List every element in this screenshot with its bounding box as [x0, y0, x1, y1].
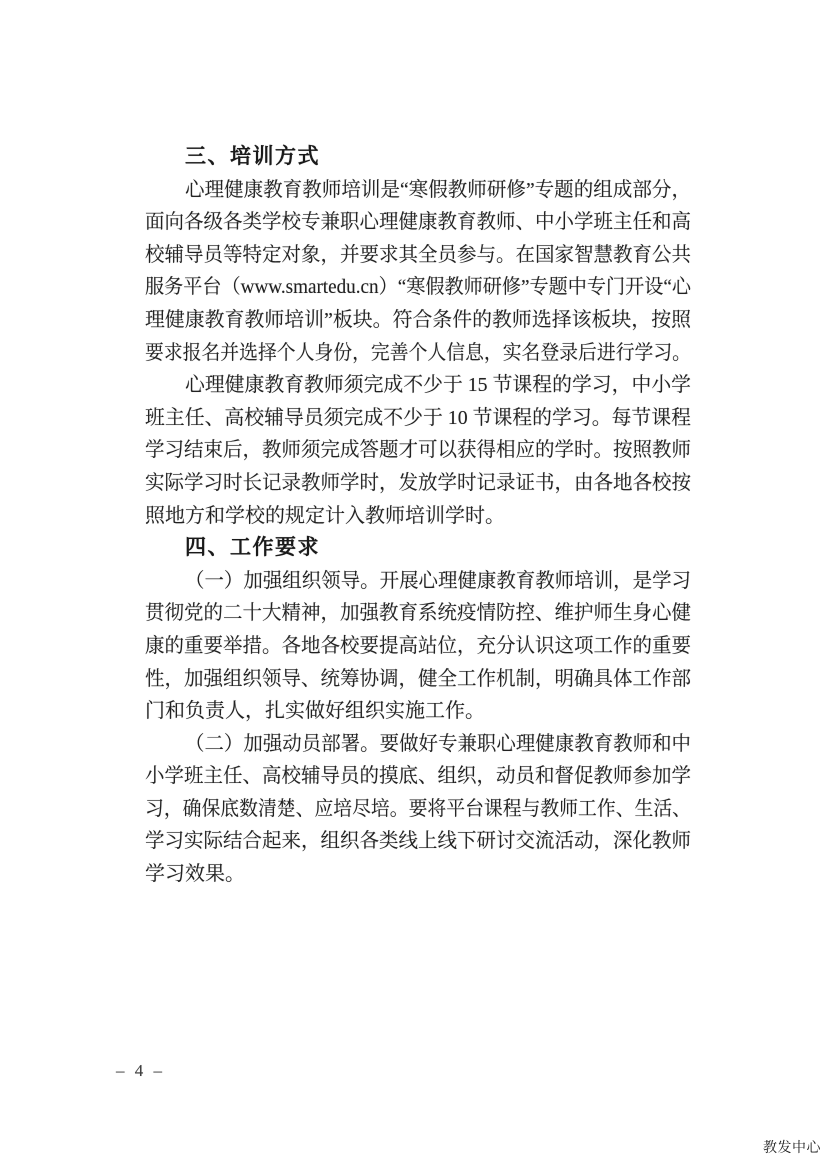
text-line: 学习实际结合起来，组织各类线上线下研讨交流活动，深化教师	[145, 825, 691, 858]
paragraph: （一）加强组织领导。开展心理健康教育教师培训，是学习贯彻党的二十大精神，加强教育…	[145, 565, 691, 728]
text-line: 校辅导员等特定对象，并要求其全员参与。在国家智慧教育公共	[145, 239, 691, 272]
paragraph: （二）加强动员部署。要做好专兼职心理健康教育教师和中小学班主任、高校辅导员的摸底…	[145, 728, 691, 891]
text-line: （一）加强组织领导。开展心理健康教育教师培训，是学习	[145, 565, 691, 598]
document-body: 三、培训方式心理健康教育教师培训是“寒假教师研修”专题的组成部分，面向各级各类学…	[145, 141, 691, 891]
section-heading: 三、培训方式	[145, 141, 691, 174]
text-line: （二）加强动员部署。要做好专兼职心理健康教育教师和中	[145, 728, 691, 761]
paragraph: 心理健康教育教师须完成不少于 15 节课程的学习，中小学班主任、高校辅导员须完成…	[145, 369, 691, 532]
distribution-stamp: 教发中心	[763, 1137, 821, 1157]
text-line: 贯彻党的二十大精神，加强教育系统疫情防控、维护师生身心健	[145, 597, 691, 630]
text-line: 小学班主任、高校辅导员的摸底、组织，动员和督促教师参加学	[145, 760, 691, 793]
text-line: 面向各级各类学校专兼职心理健康教育教师、中小学班主任和高	[145, 206, 691, 239]
section-heading: 四、工作要求	[145, 532, 691, 565]
text-line: 要求报名并选择个人身份，完善个人信息，实名登录后进行学习。	[145, 337, 691, 370]
text-line: 心理健康教育教师须完成不少于 15 节课程的学习，中小学	[145, 369, 691, 402]
text-line: 实际学习时长记录教师学时，发放学时记录证书，由各地各校按	[145, 467, 691, 500]
paragraph: 心理健康教育教师培训是“寒假教师研修”专题的组成部分，面向各级各类学校专兼职心理…	[145, 174, 691, 370]
text-line: 心理健康教育教师培训是“寒假教师研修”专题的组成部分，	[145, 174, 691, 207]
text-line: 康的重要举措。各地各校要提高站位，充分认识这项工作的重要	[145, 630, 691, 663]
text-line: 班主任、高校辅导员须完成不少于 10 节课程的学习。每节课程	[145, 402, 691, 435]
text-line: 习，确保底数清楚、应培尽培。要将平台课程与教师工作、生活、	[145, 793, 691, 826]
text-line: 照地方和学校的规定计入教师培训学时。	[145, 500, 691, 533]
scanned-document-page: { "document": { "blocks": [ { "type": "h…	[0, 0, 826, 1169]
text-line: 理健康教育教师培训”板块。符合条件的教师选择该板块，按照	[145, 304, 691, 337]
text-line: 学习结束后，教师须完成答题才可以获得相应的学时。按照教师	[145, 434, 691, 467]
text-line: 服务平台（www.smartedu.cn）“寒假教师研修”专题中专门开设“心	[145, 271, 691, 304]
page-number: – 4 –	[116, 1061, 165, 1081]
text-line: 门和负责人，扎实做好组织实施工作。	[145, 695, 691, 728]
text-line: 学习效果。	[145, 858, 691, 891]
text-line: 性，加强组织领导、统筹协调，健全工作机制，明确具体工作部	[145, 663, 691, 696]
